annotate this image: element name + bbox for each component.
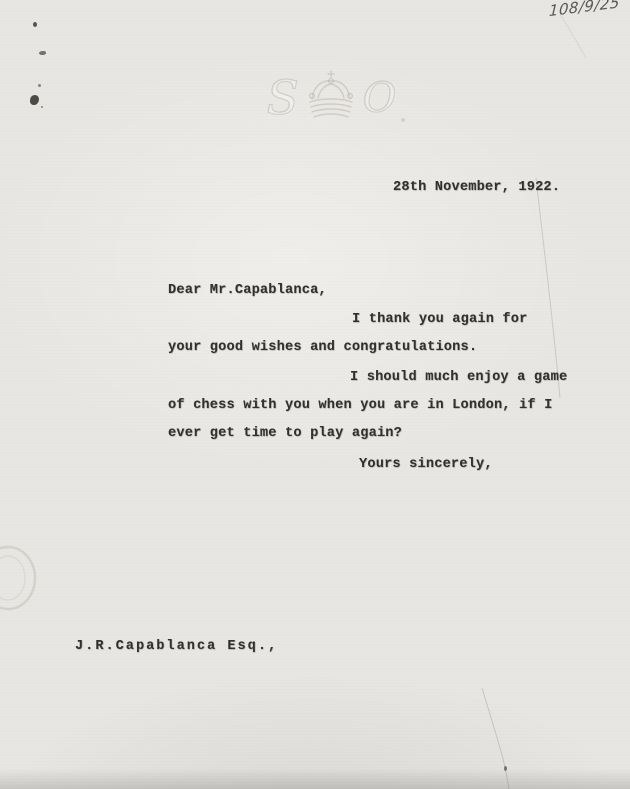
body-line-1: I thank you again for (352, 312, 528, 327)
body-line-3: I should much enjoy a game (350, 370, 567, 385)
crown-icon (304, 68, 358, 128)
ink-speck (30, 95, 39, 105)
letter-page: S O 108/9/25 28th November, (0, 0, 630, 789)
crest-letter-right: O (363, 78, 397, 119)
date-line: 28th November, 1922. (393, 180, 560, 195)
body-line-5: ever get time to play again? (168, 426, 402, 441)
crest-letter-left: S (267, 75, 299, 122)
archive-reference-note: 108/9/25 (549, 0, 621, 20)
embossed-crest: S O (250, 56, 422, 140)
crest-period-dot (401, 118, 405, 122)
ink-speck (39, 51, 46, 55)
ink-speck (38, 84, 41, 87)
salutation-line: Dear Mr.Capablanca, (168, 283, 327, 298)
body-line-2: your good wishes and congratulations. (168, 340, 477, 355)
body-line-4: of chess with you when you are in London… (168, 398, 552, 413)
paper-marks (0, 0, 630, 789)
recipient-line: J.R.Capablanca Esq., (75, 639, 278, 654)
ink-speck (41, 106, 43, 108)
ink-speck (33, 22, 37, 27)
ink-speck (504, 766, 507, 771)
closing-line: Yours sincerely, (359, 457, 493, 472)
paper-texture (0, 0, 630, 789)
